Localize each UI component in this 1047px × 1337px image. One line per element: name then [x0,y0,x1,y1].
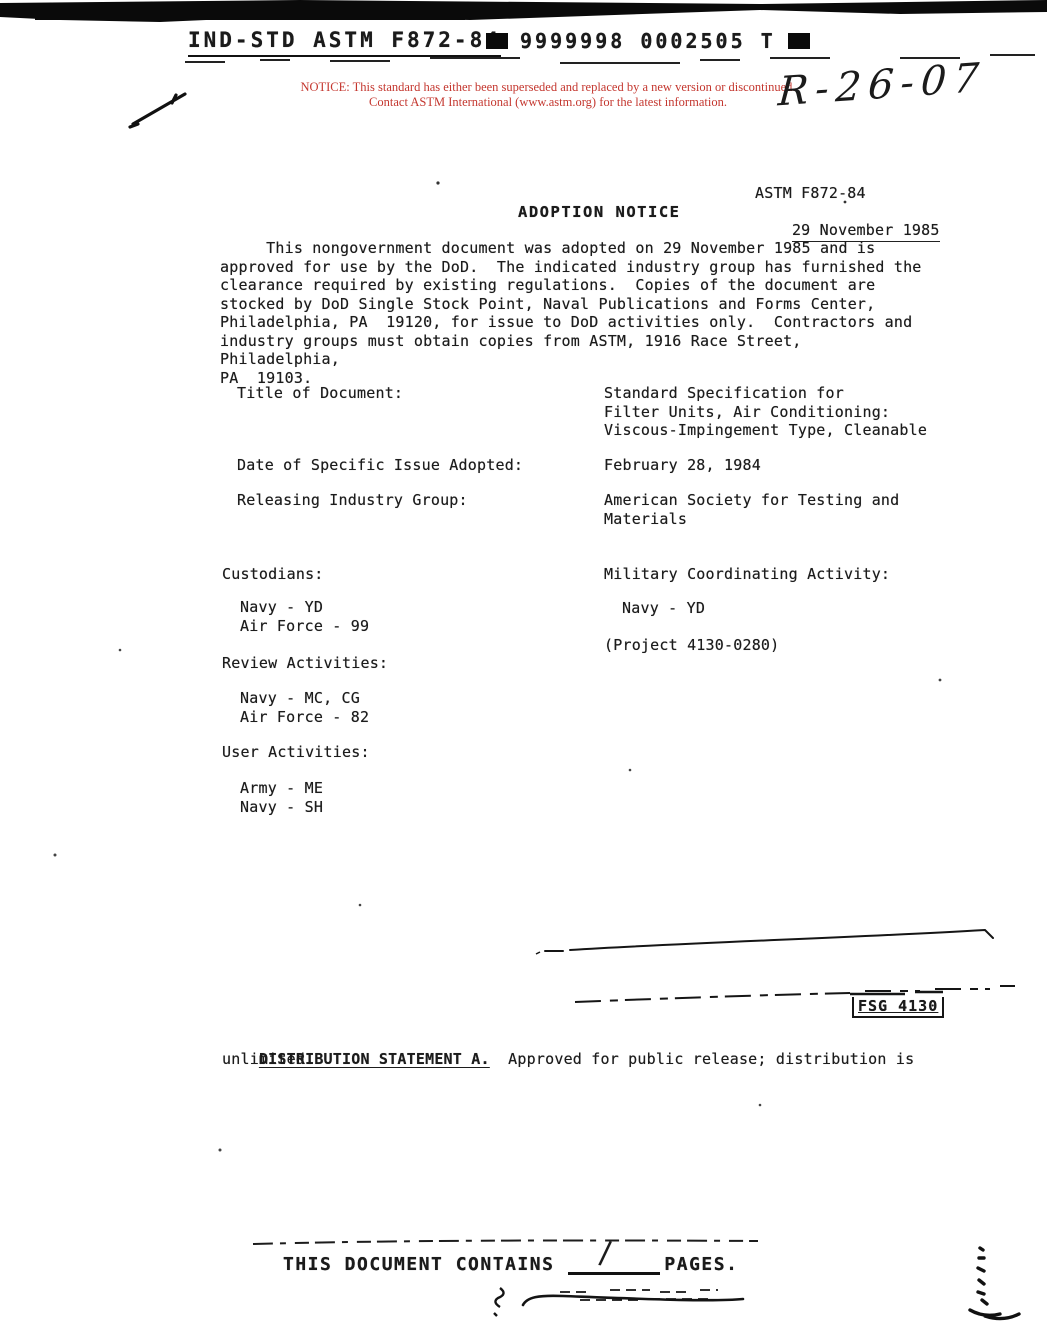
footer-dashed-rule [253,1240,758,1244]
notice-line-2: Contact ASTM International (www.astm.org… [288,95,808,110]
custodians-label: Custodians: [222,565,324,584]
page-count-line: THIS DOCUMENT CONTAINS / PAGES. [283,1250,738,1275]
review-activities-list: Navy - MC, CG Air Force - 82 [240,689,369,726]
speckle [939,679,942,682]
field-value-releasing-group: American Society for Testing and Materia… [604,491,899,528]
page-title: ADOPTION NOTICE [518,203,680,221]
page-count-suffix: PAGES. [664,1254,738,1275]
speckle [629,769,632,772]
field-label-releasing-group: Releasing Industry Group: [237,491,468,510]
mca-label: Military Coordinating Activity: [604,565,890,584]
scratch-line-1 [545,930,993,951]
fsg-overline [850,992,943,994]
distribution-text-line2: unlimited. [222,1050,314,1069]
speckle [119,649,122,652]
fsg-box: FSG 4130 [852,997,944,1018]
filled-square-icon [788,33,810,49]
scratch-line-2 [575,986,1015,1002]
fsg-label: FSG 4130 [854,997,942,1018]
page-count-prefix: THIS DOCUMENT CONTAINS [283,1254,554,1275]
speckle [436,181,439,184]
mca-value: Navy - YD [622,599,705,618]
user-activities-label: User Activities: [222,743,370,762]
page-count-blank: / [568,1250,660,1275]
distribution-statement: DISTRIBUTION STATEMENT A. Approved for p… [222,1031,942,1087]
corner-smudge [970,1248,1019,1319]
scratch-line-1-tail [536,952,540,954]
field-value-date-adopted: February 28, 1984 [604,456,761,475]
speckle [759,1104,762,1107]
reference-standard: ASTM F872-84 [755,184,940,203]
body-paragraph: This nongovernment document was adopted … [220,239,930,387]
speckle [219,1149,222,1152]
notice-line-1: NOTICE: This standard has either been su… [288,80,808,95]
distribution-text: Approved for public release; distributio… [490,1050,915,1068]
pen-stroke-mark [130,94,185,127]
filled-square-icon [486,33,508,49]
scanned-document-page: IND-STD ASTM F872-84 9999998 0002505 T N… [0,0,1047,1337]
field-value-title: Standard Specification for Filter Units,… [604,384,927,440]
field-label-date-adopted: Date of Specific Issue Adopted: [237,456,523,475]
project-number: (Project 4130-0280) [604,636,779,655]
speckle [359,904,362,907]
supersession-notice: NOTICE: This standard has either been su… [288,80,808,110]
footer-scribble-mark [494,1288,504,1316]
header-serial-number: 9999998 0002505 T [520,29,776,53]
field-label-title: Title of Document: [237,384,403,403]
header-doc-id: IND-STD ASTM F872-84 [188,28,501,57]
header-serial-row: 9999998 0002505 T [486,29,810,53]
review-activities-label: Review Activities: [222,654,388,673]
user-activities-list: Army - ME Navy - SH [240,779,323,816]
fsg-box-right-bar [942,997,944,1018]
top-scan-bar-segment [35,14,465,20]
speckle [54,854,57,857]
custodians-list: Navy - YD Air Force - 99 [240,598,369,635]
